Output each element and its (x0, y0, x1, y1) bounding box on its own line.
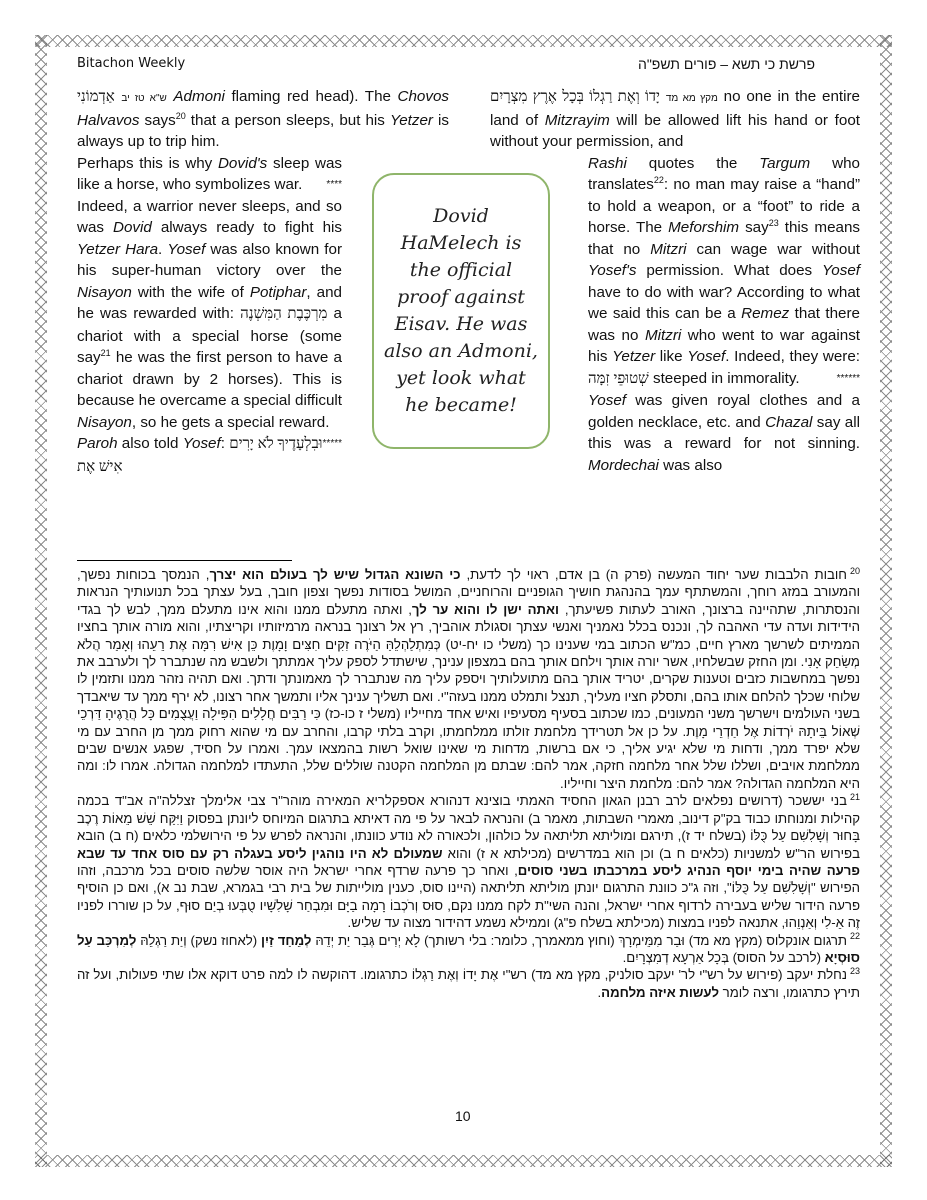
decorative-border-bottom (35, 1155, 892, 1167)
decorative-border-right (880, 35, 892, 1167)
section-divider: ****** (837, 368, 860, 390)
footnote-ref[interactable]: 20 (176, 110, 186, 120)
paragraph: ש"א טז יב אַדְמוֹנִי Admoni flaming red … (77, 86, 449, 153)
header-publication-title: Bitachon Weekly (77, 56, 185, 71)
decorative-border-top (35, 35, 892, 47)
footnote-23: 23נחלת יעקב (פירוש על רש"י לר' יעקב סולנ… (77, 966, 860, 1001)
footnote-21: 21בני יששכר (דרושים נפלאים לרב רבנן הגאו… (77, 792, 860, 931)
footnote-separator (77, 560, 292, 561)
section-divider: ***** (323, 433, 342, 455)
footnote-ref[interactable]: 23 (769, 218, 779, 228)
decorative-border-left (35, 35, 47, 1167)
footnotes-section: 20חובות הלבבות שער יחוד המעשה (פרק ה) בן… (77, 566, 860, 1001)
footnote-22: 22תרגום אונקלוס (מקץ מא מד) וּבַר מִמֵּי… (77, 932, 860, 967)
paragraph: Indeed, a warrior never sleeps, and so w… (77, 196, 342, 434)
footnote-20: 20חובות הלבבות שער יחוד המעשה (פרק ה) בן… (77, 566, 860, 792)
page-number: 10 (455, 1108, 471, 1124)
paragraph: Perhaps this is why Dovid's sleep was li… (77, 153, 342, 196)
footnote-ref[interactable]: 22 (654, 175, 664, 185)
pull-quote-text: Dovid HaMelech is the official proof aga… (374, 203, 548, 419)
section-divider: **** (326, 174, 342, 196)
pull-quote-box: Dovid HaMelech is the official proof aga… (372, 173, 550, 449)
header-parsha-title: פרשת כי תשא – פורים תשפ"ה (638, 56, 815, 72)
footnote-ref[interactable]: 21 (101, 348, 111, 358)
